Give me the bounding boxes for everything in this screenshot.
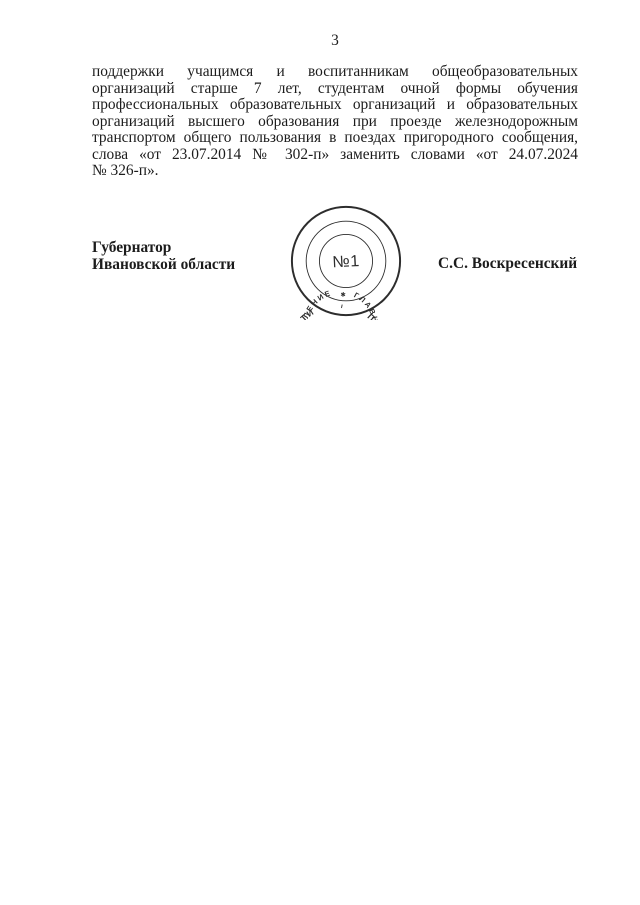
body-line: профессиональных образовательных организ…: [92, 97, 578, 114]
body-line: № 326-п».: [92, 163, 578, 180]
body-line: транспортом общего пользования в поездах…: [92, 130, 578, 147]
document-page: 3 поддержки учащимся и воспитанникам общ…: [0, 0, 640, 905]
signatory-name: С.С. Воскресенский: [438, 256, 577, 273]
body-line: организаций высшего образования при прое…: [92, 114, 578, 131]
signature-title: Губернатор Ивановской области: [92, 240, 235, 273]
body-line: поддержки учащимся и воспитанникам общео…: [92, 64, 578, 81]
body-text: поддержки учащимся и воспитанникам общео…: [92, 64, 578, 180]
signature-title-line1: Губернатор: [92, 240, 235, 257]
body-line: слова «от 23.07.2014 № 302-п» заменить с…: [92, 147, 578, 164]
stamp-separator-star-icon: ✱: [340, 292, 346, 299]
signature-title-line2: Ивановской области: [92, 257, 235, 274]
official-stamp: ПРАВИТЕЛЬСТВО ИВАНОВСКОЙ ОБЛАСТИ ГЛАВНОЕ…: [287, 202, 405, 320]
stamp-center-number: №1: [332, 252, 360, 271]
body-line: организаций старше 7 лет, студентам очно…: [92, 81, 578, 98]
stamp-bottom-tick: [341, 305, 342, 308]
page-number: 3: [92, 33, 578, 49]
